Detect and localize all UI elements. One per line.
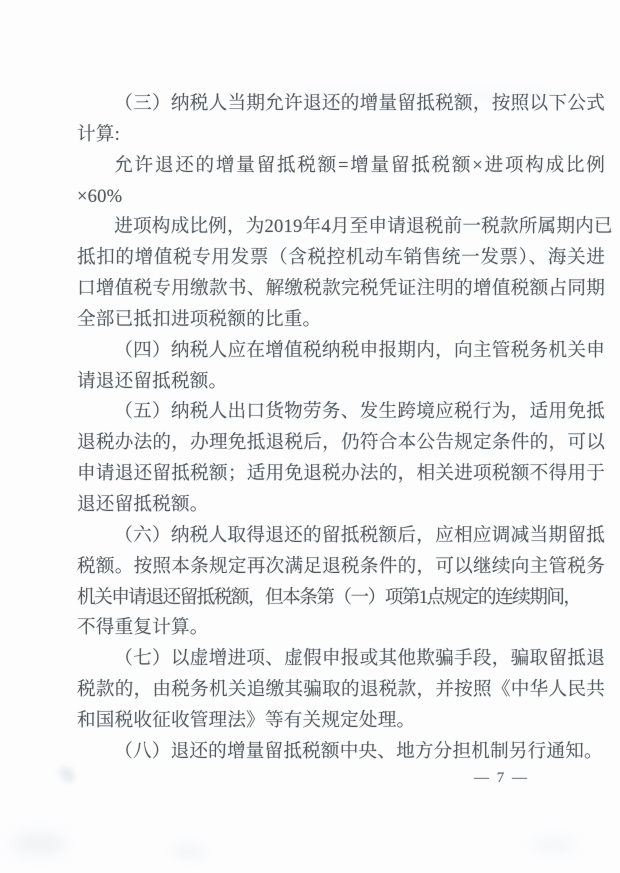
text-line: 申请退还留抵税额；适用免退税办法的，相关进项税额不得用于 (77, 459, 605, 490)
text-line: （六）纳税人取得退还的留抵税额后，应相应调减当期留抵 (77, 521, 605, 552)
scan-smudge (56, 764, 78, 786)
text-line: 请退还留抵税额。 (77, 367, 605, 398)
text-line: 税款的，由税务机关追缴其骗取的退税款，并按照《中华人民共 (77, 675, 605, 706)
text-line: （四）纳税人应在增值税纳税申报期内，向主管税务机关申 (77, 336, 605, 367)
text-line: 不得重复计算。 (77, 613, 605, 644)
paragraph-item-6: （六）纳税人取得退还的留抵税额后，应相应调减当期留抵 税额。按照本条规定再次满足… (77, 521, 605, 644)
page-number: — 7 — (77, 769, 605, 788)
text-line: 机关申请退还留抵税额，但本条第（一）项第1点规定的连续期间， (77, 583, 605, 614)
text-line: 税额。按照本条规定再次满足退税条件的，可以继续向主管税务 (77, 552, 605, 583)
paragraph-item-3: （三）纳税人当期允许退还的增量留抵税额，按照以下公式 计算: (77, 89, 605, 151)
paragraph-item-4: （四）纳税人应在增值税纳税申报期内，向主管税务机关申 请退还留抵税额。 (77, 336, 605, 398)
text-line: 计算: (77, 120, 605, 151)
text-line: （八）退还的增量留抵税额中央、地方分担机制另行通知。 (77, 737, 605, 768)
text-line: 进项构成比例，为2019年4月至申请退税前一税款所属期内已 (77, 212, 605, 243)
text-line: 退还留抵税额。 (77, 490, 605, 521)
document-body: （三）纳税人当期允许退还的增量留抵税额，按照以下公式 计算: 允许退还的增量留抵… (77, 89, 605, 788)
paragraph-item-7: （七）以虚增进项、虚假申报或其他欺骗手段，骗取留抵退 税款的，由税务机关追缴其骗… (77, 644, 605, 737)
text-line: 退税办法的，办理免抵退税后，仍符合本公告规定条件的，可以 (77, 428, 605, 459)
scan-smudge (12, 832, 67, 856)
text-line: 允许退还的增量留抵税额=增量留抵税额×进项构成比例 (77, 151, 605, 182)
text-line: （五）纳税人出口货物劳务、发生跨境应税行为，适用免抵 (77, 397, 605, 428)
paragraph-item-8: （八）退还的增量留抵税额中央、地方分担机制另行通知。 (77, 737, 605, 768)
text-line: 口增值税专用缴款书、解缴税款完税凭证注明的增值税额占同期 (77, 274, 605, 305)
text-line: （三）纳税人当期允许退还的增量留抵税额，按照以下公式 (77, 89, 605, 120)
paragraph-ratio-definition: 进项构成比例，为2019年4月至申请退税前一税款所属期内已 抵扣的增值税专用发票… (77, 212, 605, 335)
scan-smudge (172, 845, 206, 858)
text-line: 抵扣的增值税专用发票（含税控机动车销售统一发票）、海关进 (77, 243, 605, 274)
text-line: （七）以虚增进项、虚假申报或其他欺骗手段，骗取留抵退 (77, 644, 605, 675)
paragraph-item-5: （五）纳税人出口货物劳务、发生跨境应税行为，适用免抵 退税办法的，办理免抵退税后… (77, 397, 605, 520)
scan-smudge (532, 838, 576, 853)
text-line: ×60% (77, 182, 605, 213)
document-page: （三）纳税人当期允许退还的增量留抵税额，按照以下公式 计算: 允许退还的增量留抵… (0, 0, 620, 873)
paragraph-formula: 允许退还的增量留抵税额=增量留抵税额×进项构成比例 ×60% (77, 151, 605, 213)
text-line: 全部已抵扣进项税额的比重。 (77, 305, 605, 336)
text-line: 和国税收征收管理法》等有关规定处理。 (77, 706, 605, 737)
